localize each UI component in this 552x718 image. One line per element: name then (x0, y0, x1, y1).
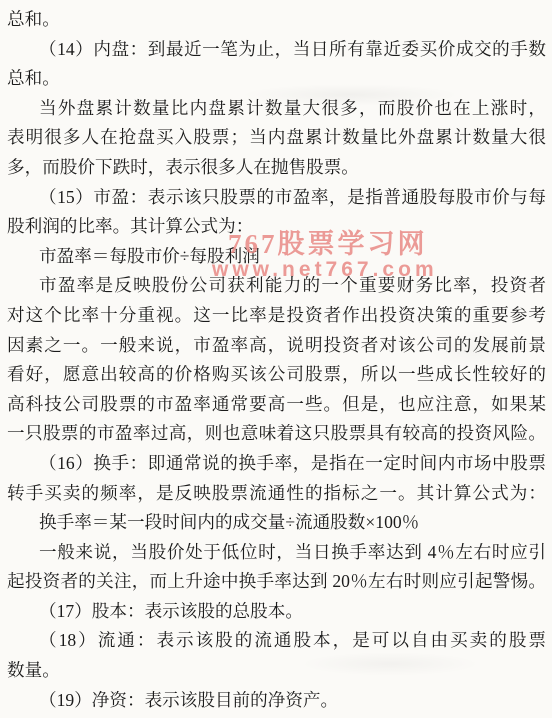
document-page: 总和。（14）内盘：到最近一笔为止，当日所有靠近委买价成交的手数总和。当外盘累计… (0, 0, 552, 718)
text-line: 总和。 (7, 64, 546, 94)
text-line: （17）股本：表示该股的总股本。 (7, 597, 546, 627)
page-text: 总和。（14）内盘：到最近一笔为止，当日所有靠近委买价成交的手数总和。当外盘累计… (7, 5, 546, 715)
text-line: 看好，愿意出较高的价格购买该公司股票，所以一些成长性较好的 (7, 360, 546, 390)
text-line: 一般来说，当股价处于低位时，当日换手率达到 4％左右时应引 (7, 538, 546, 568)
text-line: 高科技公司股票的市盈率通常要高一些。但是，也应注意，如果某 (7, 390, 546, 420)
text-line: 当外盘累计数量比内盘累计数量大很多，而股价也在上涨时， (7, 94, 546, 124)
text-line: （15）市盈：表示该只股票的市盈率，是指普通股每股市价与每 (7, 183, 546, 213)
text-line: 转手买卖的频率，是反映股票流通性的指标之一。其计算公式为： (7, 479, 546, 509)
text-line: 股利润的比率。其计算公式为： (7, 212, 546, 242)
text-line: 因素之一。一般来说，市盈率高，说明投资者对该公司的发展前景 (7, 331, 546, 361)
text-line: 起投资者的关注，而上升途中换手率达到 20％左右时则应引起警惕。 (7, 567, 546, 597)
text-line: （19）净资：表示该股目前的净资产。 (7, 686, 546, 716)
text-line: 数量。 (7, 656, 546, 686)
text-line: 总和。 (7, 5, 546, 35)
text-line: 换手率＝某一段时间内的成交量÷流通股数×100％ (7, 508, 546, 538)
text-line: 一只股票的市盈率过高，则也意味着这只股票具有较高的投资风险。 (7, 419, 546, 449)
text-line: 对这个比率十分重视。这一比率是投资者作出投资决策的重要参考 (7, 301, 546, 331)
text-line: 市盈率是反映股份公司获利能力的一个重要财务比率，投资者 (7, 271, 546, 301)
text-line: （16）换手：即通常说的换手率，是指在一定时间内市场中股票 (7, 449, 546, 479)
text-line: （18）流通：表示该股的流通股本，是可以自由买卖的股票 (7, 626, 546, 656)
text-line: （14）内盘：到最近一笔为止，当日所有靠近委买价成交的手数 (7, 35, 546, 65)
text-line: 市盈率＝每股市价÷每股利润 (7, 242, 546, 272)
text-line: 多，而股价下跌时，表示很多人在抛售股票。 (7, 153, 546, 183)
text-line: 表明很多人在抢盘买入股票；当内盘累计数量比外盘累计数量大很 (7, 123, 546, 153)
